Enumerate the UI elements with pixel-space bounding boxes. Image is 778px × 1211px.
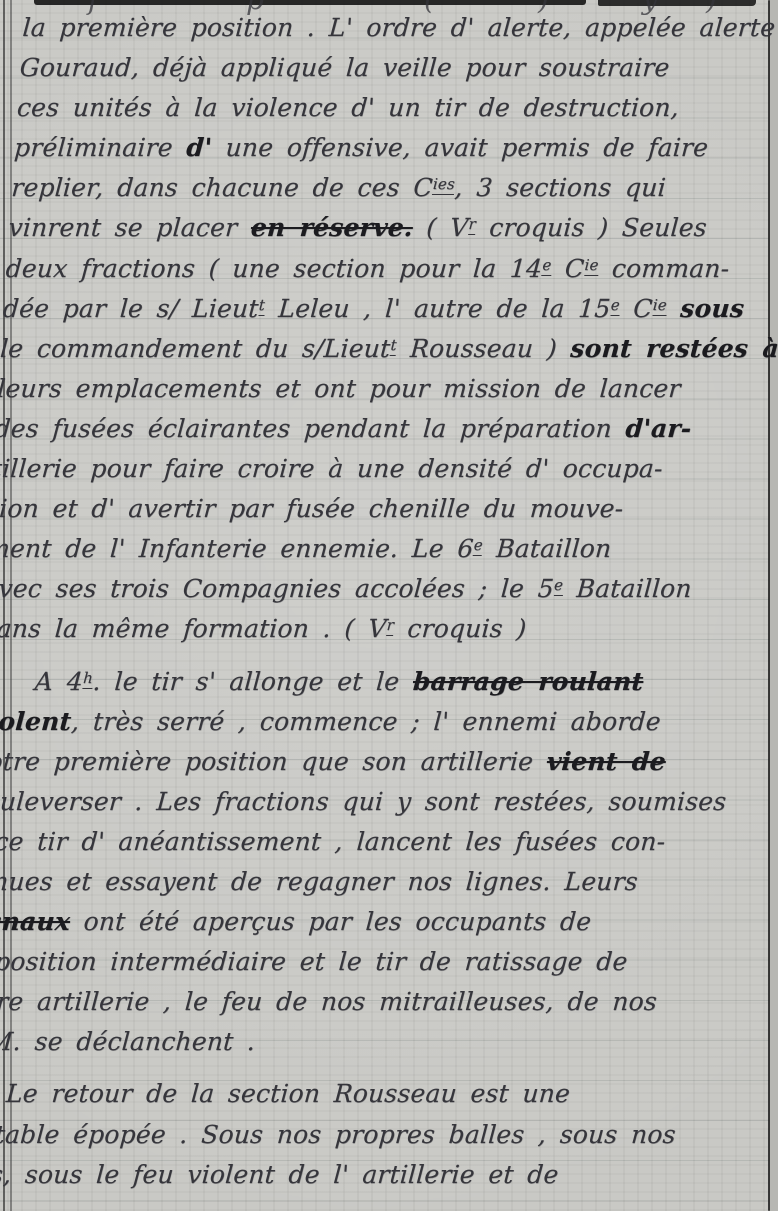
superscript-text: ies [432,175,455,195]
text-segment: obus, sous le feu violent de l' artiller… [0,1160,560,1189]
page-right-edge-line [768,0,771,1211]
text-segment: Bataillon [562,574,693,603]
text-segment: replier, dans chacune de ces C [10,173,433,202]
text-segment: Leleu , l' autre de la 15 [264,294,612,323]
scan-edge-top [598,0,756,6]
text-segment: croquis ) Seules [475,213,708,242]
text-segment: notre première position que son artiller… [0,747,548,776]
text-segment: vinrent se placer [8,213,252,242]
text-segment: à ce tir d' anéantissement , lancent les… [0,827,666,856]
struck-text: en réserve. [250,213,414,242]
text-line: préliminaire d' une offensive, avait per… [13,128,750,168]
text-line: ces unités à la violence d' un tir de de… [16,88,753,128]
text-line: ment de l' Infanterie ennemie. Le 6e Bat… [0,529,722,569]
emphasized-text: d' [185,133,213,162]
text-line: obus, sous le feu violent de l' artiller… [0,1155,678,1195]
text-segment: une offensive, avait permis de faire [211,133,709,162]
text-line: venues et essayent de regagner nos ligne… [0,862,698,902]
text-line: violent, très serré , commence ; l' enne… [0,702,709,742]
text-segment: C [550,254,585,283]
text-segment: le commandement du s/Lieut [0,334,391,363]
text-line: F. M. se déclanchent . [0,1022,687,1062]
scan-edge-top [34,0,586,5]
page-right-edge-shade [769,0,778,1211]
text-segment: A 4 [34,667,84,696]
struck-text: signaux [0,907,71,936]
text-segment: . le tir s' allonge et le [92,667,414,696]
text-segment: dée par le s/ Lieut [2,294,260,323]
text-segment: ment de l' Infanterie ennemie. Le 6 [0,534,475,563]
text-segment: Gouraud, déjà appliqué la veille pour so… [19,53,671,82]
emphasized-text: d'ar- [625,414,693,443]
text-segment: avec ses trois Compagnies accolées ; le … [0,574,555,603]
text-line: deux fractions ( une section pour la 14e… [4,249,741,289]
text-segment: ces unités à la violence d' un tir de de… [16,93,680,122]
text-line: dans la même formation . ( Vr croquis ) [0,609,716,649]
text-segment: bouleverser . Les fractions qui y sont r… [0,787,727,816]
text-line: le commandement du s/Lieutt Rousseau ) s… [0,329,736,369]
emphasized-text: sont restées à [570,334,778,363]
superscript-text: ie [584,256,599,276]
text-line: Gouraud, déjà appliqué la veille pour so… [18,48,755,88]
text-segment: comman- [597,254,730,283]
text-segment: tion et d' avertir par fusée chenille du… [0,494,624,523]
text-segment: F. M. se déclanchent . [0,1027,256,1056]
text-segment: ont été aperçus par les occupants de [69,907,592,936]
text-segment: véritable épopée . Sous nos propres ball… [0,1120,677,1149]
text-segment: notre artillerie , le feu de nos mitrail… [0,987,658,1016]
text-line: tion et d' avertir par fusée chenille du… [0,489,724,529]
text-segment: ( V [412,213,470,242]
text-line: véritable épopée . Sous nos propres ball… [0,1115,681,1155]
text-segment: la position intermédiaire et le tir de r… [0,947,629,976]
text-line: A 4h. le tir s' allonge et le barrage ro… [0,662,712,702]
superscript-text: ie [652,296,667,316]
struck-text: barrage roulant [412,667,644,696]
text-line: des fusées éclairantes pendant la prépar… [0,409,730,449]
text-segment: Rousseau ) [396,334,572,363]
text-line: avec ses trois Compagnies accolées ; le … [0,569,719,609]
manuscript-page: fp()y) la première position . L' ordre d… [0,0,778,1211]
text-line: dée par le s/ Lieutt Leleu , l' autre de… [2,289,739,329]
emphasized-text: violent [0,707,72,736]
manuscript-text: la première position . L' ordre d' alert… [0,8,758,1195]
text-segment: tillerie pour faire croire à une densité… [0,454,664,483]
text-segment: Le retour de la section Rousseau est une [5,1079,571,1108]
text-segment: leurs emplacements et ont pour mission d… [0,374,682,403]
text-line: signaux ont été aperçus par les occupant… [0,902,695,942]
text-line: notre artillerie , le feu de nos mitrail… [0,982,690,1022]
text-segment: préliminaire [13,133,187,162]
text-segment: C [619,294,654,323]
text-line: bouleverser . Les fractions qui y sont r… [0,782,704,822]
text-segment: deux fractions ( une section pour la 14 [5,254,543,283]
text-line: tillerie pour faire croire à une densité… [0,449,727,489]
text-line: replier, dans chacune de ces Cies, 3 sec… [10,168,747,208]
emphasized-text: sous [679,294,745,323]
text-segment: , très serré , commence ; l' ennemi abor… [70,707,661,736]
text-segment: venues et essayent de regagner nos ligne… [0,867,639,896]
text-line: vinrent se placer en réserve. ( Vr croqu… [7,208,744,248]
text-segment: , 3 sections qui [454,173,667,202]
text-line: la première position . L' ordre d' alert… [21,8,758,48]
text-line: la position intermédiaire et le tir de r… [0,942,693,982]
text-line: Le retour de la section Rousseau est une [0,1074,683,1114]
text-segment: croquis ) [393,614,528,643]
text-line: leurs emplacements et ont pour mission d… [0,369,733,409]
text-segment: dans la même formation . ( V [0,614,387,643]
text-segment: la première position . L' ordre d' alert… [22,13,777,42]
text-segment: des fusées éclairantes pendant la prépar… [0,414,627,443]
text-line: à ce tir d' anéantissement , lancent les… [0,822,701,862]
struck-text: vient de [546,747,667,776]
text-segment: Bataillon [482,534,613,563]
text-line: notre première position que son artiller… [0,742,707,782]
